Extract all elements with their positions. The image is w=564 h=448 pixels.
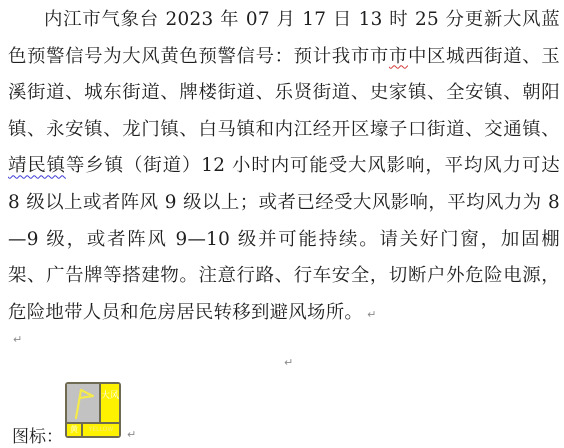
- paragraph-mark-icon: ↵: [13, 333, 22, 346]
- grammar-flagged-text[interactable]: 靖民镇: [8, 155, 66, 176]
- paragraph-text-part-3: 等乡镇（街道）12 小时内可能受大风影响，平均风力可达 8 级以上或者阵风 9 …: [8, 155, 560, 322]
- warning-type-label: 大风: [101, 384, 119, 422]
- paragraph-mark-icon: ↵: [127, 428, 136, 441]
- warning-level-label: 黄: [67, 424, 81, 436]
- warning-paragraph[interactable]: 内江市气象台 2023 年 07 月 17 日 13 时 25 分更新大风蓝色预…: [8, 0, 560, 333]
- paragraph-mark-icon: ↵: [284, 356, 293, 369]
- paragraph-mark-icon: ↵: [367, 308, 377, 321]
- wind-flag-icon: [67, 384, 99, 422]
- icon-label: 图标：: [12, 422, 63, 447]
- spellcheck-flagged-text[interactable]: 市: [389, 46, 408, 67]
- document-body: 内江市气象台 2023 年 07 月 17 日 13 时 25 分更新大风蓝色预…: [8, 0, 560, 333]
- warning-level-english-label: YELLOW: [83, 424, 119, 436]
- gale-yellow-warning-icon[interactable]: 大风 黄 YELLOW: [65, 382, 121, 438]
